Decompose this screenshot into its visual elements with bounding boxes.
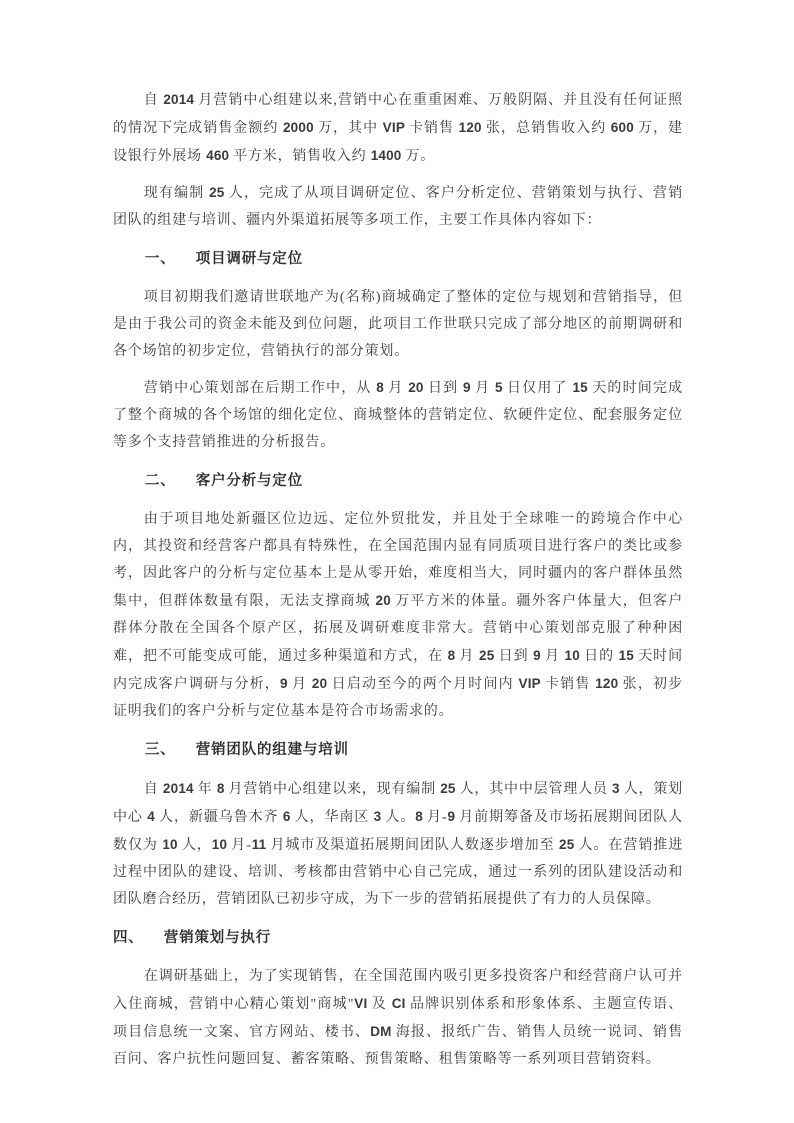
section-number: 一、 [145, 246, 176, 273]
section-number: 二、 [145, 468, 176, 495]
section-title: 项目调研与定位 [196, 251, 303, 267]
paragraph-intro-sales: 自 2014 月营销中心组建以来,营销中心在重重困难、万般阴隔、并且没有任何证照… [113, 86, 683, 170]
paragraph-research-phase2: 营销中心策划部在后期工作中，从 8 月 20 日到 9 月 5 日仅用了 15 … [113, 374, 683, 456]
paragraph-customer-analysis: 由于项目地处新疆区位边远、定位外贸批发，并且处于全球唯一的跨境合作中心内，其投资… [113, 506, 683, 725]
paragraph-marketing-execution: 在调研基础上，为了实现销售，在全国范围内吸引更多投资客户和经营商户认可并入住商城… [113, 963, 683, 1073]
paragraph-team-building: 自 2014 年 8 月营销中心组建以来，现有编制 25 人，其中中层管理人员 … [113, 775, 683, 913]
section-heading-2: 二、客户分析与定位 [113, 468, 683, 495]
section-heading-4: 四、营销策划与执行 [113, 925, 683, 952]
paragraph-research-phase1: 项目初期我们邀请世联地产为(名称)商城确定了整体的定位与规划和营销指导，但是由于… [113, 284, 683, 365]
section-heading-3: 三、营销团队的组建与培训 [113, 737, 683, 764]
paragraph-staff-overview: 现有编制 25 人，完成了从项目调研定位、客户分析定位、营销策划与执行、营销团队… [113, 179, 683, 234]
section-title: 营销团队的组建与培训 [196, 742, 349, 758]
section-title: 客户分析与定位 [196, 473, 303, 489]
document-content: 自 2014 月营销中心组建以来,营销中心在重重困难、万般阴隔、并且没有任何证照… [0, 0, 794, 1073]
section-number: 三、 [145, 737, 176, 764]
document-page: 自 2014 月营销中心组建以来,营销中心在重重困难、万般阴隔、并且没有任何证照… [0, 0, 794, 1123]
section-heading-1: 一、项目调研与定位 [113, 246, 683, 273]
section-title: 营销策划与执行 [164, 930, 271, 946]
section-number: 四、 [113, 925, 144, 952]
